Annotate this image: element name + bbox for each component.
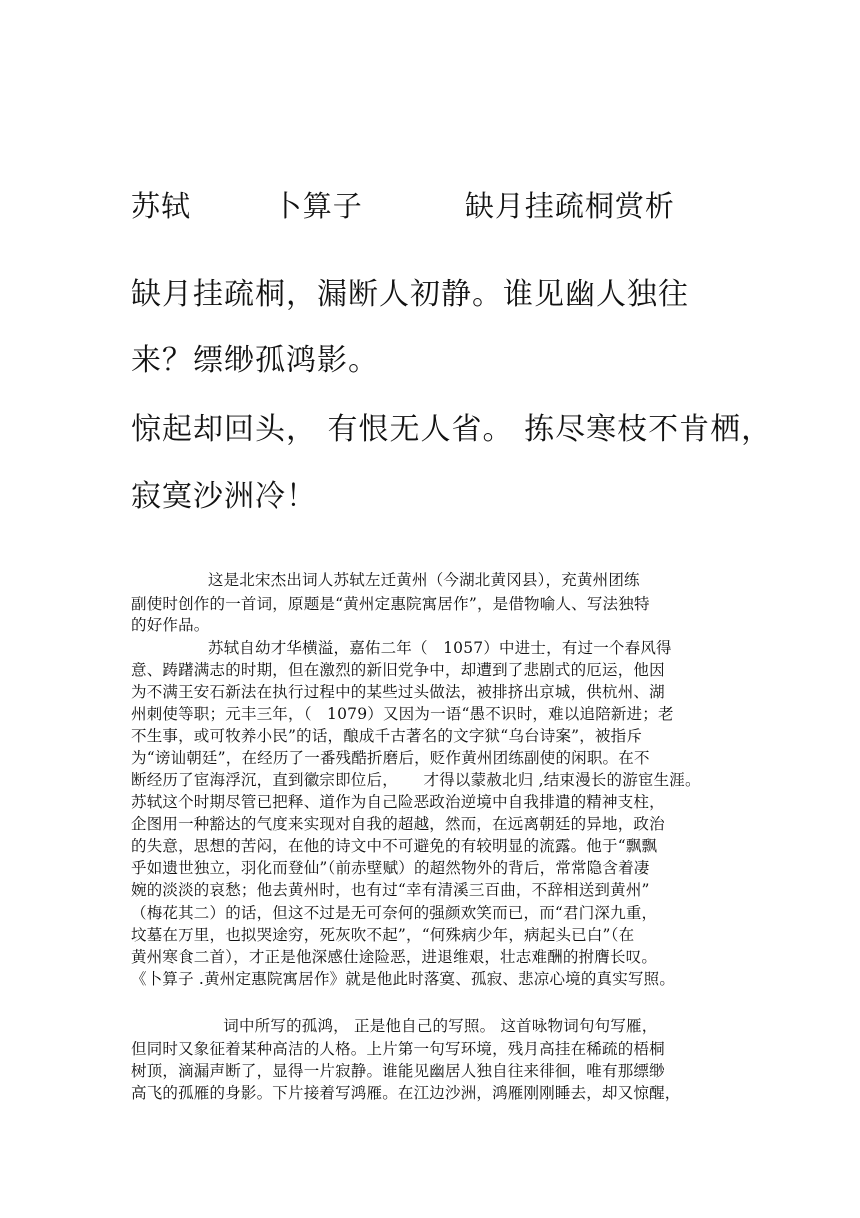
paragraph-line: 不生事，或可牧养小民”的话，酿成千古著名的文字狱“乌台诗案”，被指斥: [131, 726, 642, 746]
paragraph-line: 副使时创作的一首词，原题是“黄州定惠院寓居作”，是借物喻人、写法独特: [131, 594, 650, 614]
paragraph-line: 苏轼这个时期尽管已把释、道作为自己险恶政治逆境中自我排遣的精神支柱，: [131, 792, 665, 812]
paragraph-line: 婉的淡淡的哀愁；他去黄州时，也有过“幸有清溪三百曲，不辞相送到黄州”: [131, 880, 650, 900]
paragraph-line: 的好作品。: [131, 615, 210, 635]
paragraph-line: （梅花其二）的话，但这不过是无可奈何的强颜欢笑而已，而“君门深九重，: [131, 903, 657, 923]
paragraph-line: 的失意，思想的苦闷，在他的诗文中不可避免的有较明显的流露。他于“飘飘: [131, 836, 657, 856]
paragraph-line: 这是北宋杰出词人苏轼左迁黄州（今湖北黄冈县），充黄州团练: [131, 570, 640, 590]
paragraph-line: 州刺使等职；元丰三年，（ 1079）又因为一语“愚不识时，难以追陪新进；老: [131, 704, 674, 724]
poem-line: 缺月挂疏桐，漏断人初静。谁见幽人独往: [131, 277, 689, 313]
paragraph-line: 黄州寒食二首），才正是他深感仕途险恶，进退维艰，壮志难酬的拊膺长叹。: [131, 947, 657, 967]
paragraph-line: 断经历了宦海浮沉，直到徽宗即位后， 才得以蒙赦北归 ,结束漫长的游宦生涯。: [131, 770, 701, 790]
poem-line: 来？缥缈孤鸿影。: [131, 343, 379, 379]
document-title: 苏轼 卜算子 缺月挂疏桐赏析: [131, 188, 675, 224]
paragraph-line: 高飞的孤雁的身影。下片接着写鸿雁。在江边沙洲，鸿雁刚刚睡去，却又惊醒，: [131, 1083, 681, 1103]
paragraph-line: 为不满王安石新法在执行过程中的某些过头做法，被排挤出京城，供杭州、湖: [131, 682, 665, 702]
paragraph-line: 《卜算子 .黄州定惠院寓居作》就是他此时落寞、孤寂、悲凉心境的真实写照。: [131, 969, 675, 989]
paragraph-line: 为“谤讪朝廷”，在经历了一番残酷折磨后，贬作黄州团练副使的闲职。在不: [131, 748, 650, 768]
paragraph-line: 苏轼自幼才华横溢，嘉佑二年（ 1057）中进士，有过一个春风得: [131, 638, 672, 658]
paragraph-line: 词中所写的孤鸿， 正是他自己的写照。 这首咏物词句句写雁，: [131, 1016, 657, 1036]
poem-line: 惊起却回头， 有恨无人省。 拣尽寒枝不肯栖，: [131, 412, 772, 448]
paragraph-line: 但同时又象征着某种高洁的人格。上片第一句写环境，残月高挂在稀疏的梧桐: [131, 1039, 665, 1059]
paragraph-line: 企图用一种豁达的气度来实现对自我的超越，然而，在远离朝廷的异地，政治: [131, 814, 665, 834]
paragraph-line: 乎如遗世独立，羽化而登仙”（前赤壁赋）的超然物外的背后，常常隐含着凄: [131, 858, 649, 878]
paragraph-line: 坟墓在万里，也拟哭途穷，死灰吹不起”，“何殊病少年，病起头已白”（在: [131, 925, 634, 945]
paragraph-line: 意、踌躇满志的时期，但在激烈的新旧党争中，却遭到了悲剧式的厄运，他因: [131, 660, 665, 680]
paragraph-line: 树顶，滴漏声断了，显得一片寂静。谁能见幽居人独自往来徘徊，唯有那缥缈: [131, 1061, 665, 1081]
poem-line: 寂寞沙洲冷！: [131, 479, 317, 515]
